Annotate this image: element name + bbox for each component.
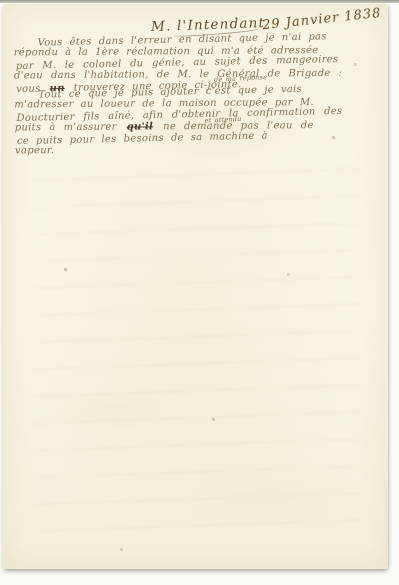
letter-heading: M. l'Intendant [151,15,266,35]
ink-showthrough [33,154,363,534]
letter-body: Vous êtes dans l'erreur en disant que je… [15,1,383,6]
letter-date: 29 Janvier 1838 [262,6,383,33]
interlinear-insertion: et attendu [204,114,242,127]
letter-line: vapeur. [15,142,383,156]
struck-word: qu'il [125,121,156,132]
paper-specks [3,4,4,5]
scanned-letter-photo: 29 Janvier 1838 M. l'Intendant Vous êtes… [0,0,399,585]
letter-paper: 29 Janvier 1838 M. l'Intendant Vous êtes… [3,4,388,569]
line-text: puits à m'assurer [15,121,117,133]
paragraph-2: Tout ce que je puis ajouter c'est que je… [16,83,385,157]
